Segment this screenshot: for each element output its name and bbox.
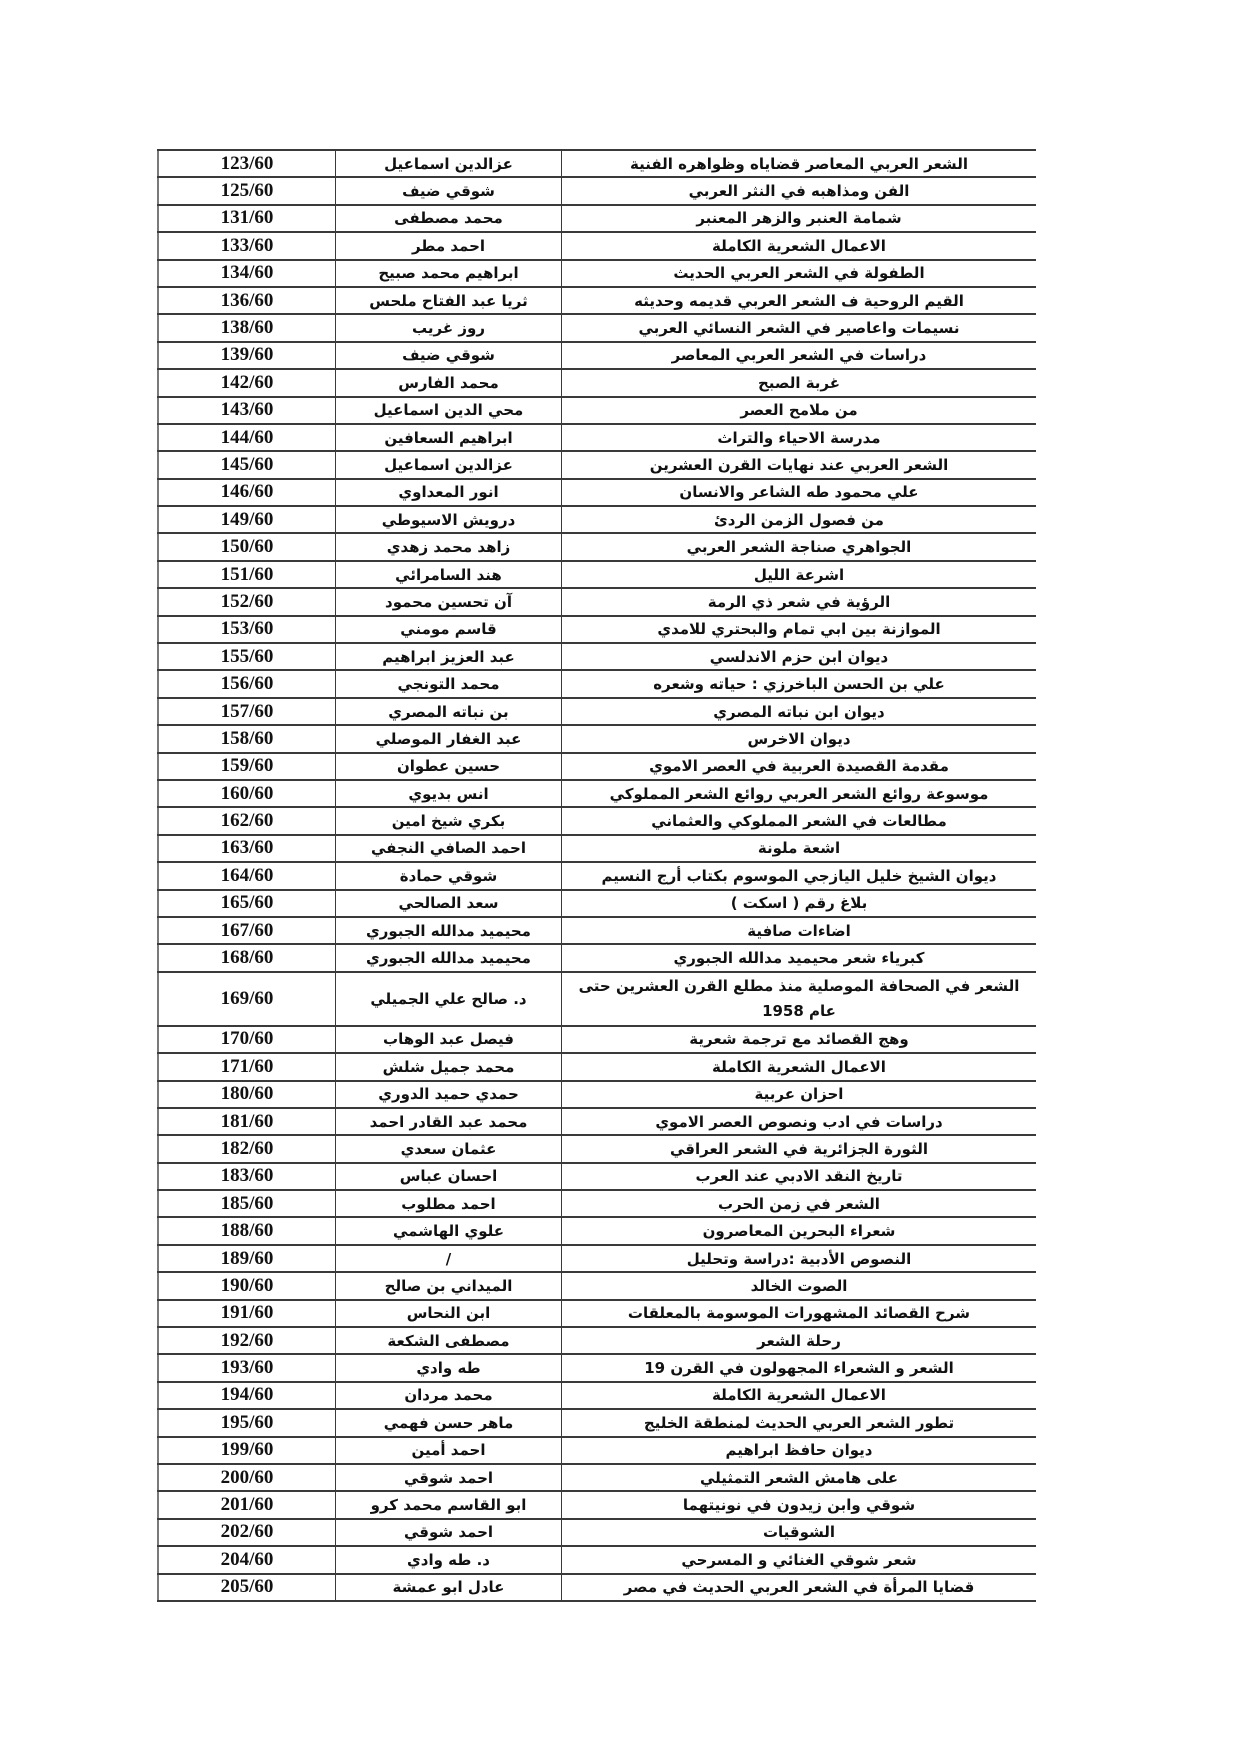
call-number-cell: 188/60 [158,1217,336,1244]
title-cell: كبرياء شعر محيميد مدالله الجبوري [562,944,1037,971]
table-row: 144/60ابراهيم السعافينمدرسة الاحياء والت… [158,424,1036,451]
author-cell: محمد الفارس [336,369,562,396]
table-row: 146/60انور المعداويعلي محمود طه الشاعر و… [158,479,1036,506]
author-cell: آن تحسين محمود [336,588,562,615]
title-cell: على هامش الشعر التمثيلي [562,1464,1037,1491]
author-cell: سعد الصالحي [336,890,562,917]
table-row: 191/60ابن النحاسشرح القصائد المشهورات ال… [158,1300,1036,1327]
table-row: 151/60هند السامرائياشرعة الليل [158,561,1036,588]
title-cell: قضايا المرأة في الشعر العربي الحديث في م… [562,1574,1037,1601]
author-cell: حمدي حميد الدوري [336,1081,562,1108]
call-number-cell: 182/60 [158,1135,336,1162]
call-number-cell: 189/60 [158,1245,336,1272]
table-row: 168/60محيميد مدالله الجبوريكبرياء شعر مح… [158,944,1036,971]
author-cell: شوقي ضيف [336,342,562,369]
call-number-cell: 153/60 [158,616,336,643]
author-cell: / [336,1245,562,1272]
table-row: 156/60محمد التونجيعلي بن الحسن الباخرزي … [158,670,1036,697]
table-row: 138/60روز غريبنسيمات واعاصير في الشعر ال… [158,314,1036,341]
author-cell: عزالدين اسماعيل [336,451,562,478]
title-cell: اضاءات صافية [562,917,1037,944]
author-cell: احمد الصافي النجفي [336,835,562,862]
call-number-cell: 194/60 [158,1382,336,1409]
table-row: 194/60محمد مردانالاعمال الشعرية الكاملة [158,1382,1036,1409]
table-row: 123/60عزالدين اسماعيلالشعر العربي المعاص… [158,150,1036,177]
table-row: 193/60طه واديالشعر و الشعراء المجهولون ف… [158,1354,1036,1381]
title-cell: غربة الصبح [562,369,1037,396]
title-cell: الشعر و الشعراء المجهولون في القرن 19 [562,1354,1037,1381]
table-row: 152/60آن تحسين محمودالرؤية في شعر ذي الر… [158,588,1036,615]
table-row: 139/60شوقي ضيفدراسات في الشعر العربي الم… [158,342,1036,369]
call-number-cell: 200/60 [158,1464,336,1491]
author-cell: انور المعداوي [336,479,562,506]
call-number-cell: 169/60 [158,972,336,1026]
title-cell: تطور الشعر العربي الحديث لمنطقة الخليج [562,1409,1037,1436]
title-cell: من فصول الزمن الردئ [562,506,1037,533]
title-cell: اشرعة الليل [562,561,1037,588]
call-number-cell: 139/60 [158,342,336,369]
author-cell: ابن النحاس [336,1300,562,1327]
author-cell: محيميد مدالله الجبوري [336,944,562,971]
call-number-cell: 151/60 [158,561,336,588]
author-cell: عادل ابو عمشة [336,1574,562,1601]
author-cell: درويش الاسيوطي [336,506,562,533]
call-number-cell: 171/60 [158,1053,336,1080]
call-number-cell: 160/60 [158,780,336,807]
title-cell: النصوص الأدبية :دراسة وتحليل [562,1245,1037,1272]
call-number-cell: 165/60 [158,890,336,917]
call-number-cell: 185/60 [158,1190,336,1217]
author-cell: احمد مطر [336,232,562,259]
title-cell: وهج القصائد مع ترجمة شعرية [562,1026,1037,1053]
author-cell: محمد جميل شلش [336,1053,562,1080]
title-cell: اشعة ملونة [562,835,1037,862]
author-cell: احمد شوقي [336,1519,562,1546]
table-row: 204/60د. طه واديشعر شوقي الغنائي و المسر… [158,1546,1036,1573]
title-cell: شمامة العنبر والزهر المعنبر [562,205,1037,232]
author-cell: زاهد محمد زهدي [336,533,562,560]
call-number-cell: 157/60 [158,698,336,725]
call-number-cell: 142/60 [158,369,336,396]
author-cell: محمد عبد القادر احمد [336,1108,562,1135]
book-catalog-table: 123/60عزالدين اسماعيلالشعر العربي المعاص… [157,149,1036,1602]
table-row: 165/60سعد الصالحيبلاغ رقم ( اسكت ) [158,890,1036,917]
author-cell: عثمان سعدي [336,1135,562,1162]
title-cell: الاعمال الشعرية الكاملة [562,1382,1037,1409]
table-row: 180/60حمدي حميد الدورياحزان عربية [158,1081,1036,1108]
call-number-cell: 145/60 [158,451,336,478]
author-cell: مصطفى الشكعة [336,1327,562,1354]
call-number-cell: 125/60 [158,177,336,204]
title-cell: الصوت الخالد [562,1272,1037,1299]
table-row: 189/60/النصوص الأدبية :دراسة وتحليل [158,1245,1036,1272]
author-cell: د. طه وادي [336,1546,562,1573]
author-cell: عبد العزيز ابراهيم [336,643,562,670]
author-cell: علوي الهاشمي [336,1217,562,1244]
table-row: 163/60احمد الصافي النجفياشعة ملونة [158,835,1036,862]
author-cell: فيصل عبد الوهاب [336,1026,562,1053]
title-cell: الشوقيات [562,1519,1037,1546]
author-cell: ماهر حسن فهمي [336,1409,562,1436]
table-row: 181/60محمد عبد القادر احمددراسات في ادب … [158,1108,1036,1135]
table-row: 150/60زاهد محمد زهديالجواهري صناجة الشعر… [158,533,1036,560]
author-cell: احمد مطلوب [336,1190,562,1217]
table-row: 153/60قاسم مومنيالموازنة بين ابي تمام وا… [158,616,1036,643]
table-row: 143/60محي الدين اسماعيلمن ملامح العصر [158,397,1036,424]
title-cell: ديوان حافظ ابراهيم [562,1437,1037,1464]
title-cell: علي محمود طه الشاعر والانسان [562,479,1037,506]
table-row: 159/60حسين عطوانمقدمة القصيدة العربية في… [158,753,1036,780]
title-cell: تاريخ النقد الادبي عند العرب [562,1163,1037,1190]
call-number-cell: 123/60 [158,150,336,177]
call-number-cell: 191/60 [158,1300,336,1327]
call-number-cell: 192/60 [158,1327,336,1354]
author-cell: محي الدين اسماعيل [336,397,562,424]
title-cell: من ملامح العصر [562,397,1037,424]
call-number-cell: 205/60 [158,1574,336,1601]
title-cell: مقدمة القصيدة العربية في العصر الاموي [562,753,1037,780]
title-cell: الثورة الجزائرية في الشعر العراقي [562,1135,1037,1162]
author-cell: محمد التونجي [336,670,562,697]
table-row: 158/60عبد الغفار الموصليديوان الاخرس [158,725,1036,752]
title-cell: رحلة الشعر [562,1327,1037,1354]
title-cell: شعراء البحرين المعاصرون [562,1217,1037,1244]
call-number-cell: 131/60 [158,205,336,232]
author-cell: هند السامرائي [336,561,562,588]
table-row: 200/60احمد شوقيعلى هامش الشعر التمثيلي [158,1464,1036,1491]
call-number-cell: 201/60 [158,1491,336,1518]
author-cell: روز غريب [336,314,562,341]
author-cell: حسين عطوان [336,753,562,780]
call-number-cell: 146/60 [158,479,336,506]
call-number-cell: 133/60 [158,232,336,259]
call-number-cell: 168/60 [158,944,336,971]
author-cell: محيميد مدالله الجبوري [336,917,562,944]
call-number-cell: 183/60 [158,1163,336,1190]
call-number-cell: 190/60 [158,1272,336,1299]
author-cell: شوقي حمادة [336,862,562,889]
call-number-cell: 199/60 [158,1437,336,1464]
title-cell: ديوان ابن حزم الاندلسي [562,643,1037,670]
table-row: 195/60ماهر حسن فهميتطور الشعر العربي الح… [158,1409,1036,1436]
table-row: 185/60احمد مطلوبالشعر في زمن الحرب [158,1190,1036,1217]
title-cell: الشعر في زمن الحرب [562,1190,1037,1217]
author-cell: احمد أمين [336,1437,562,1464]
author-cell: احمد شوقي [336,1464,562,1491]
table-row: 164/60شوقي حمادةديوان الشيخ خليل اليازجي… [158,862,1036,889]
title-cell: شرح القصائد المشهورات الموسومة بالمعلقات [562,1300,1037,1327]
table-row: 171/60محمد جميل شلشالاعمال الشعرية الكام… [158,1053,1036,1080]
title-cell: الشعر العربي المعاصر قضاياه وظواهره الفن… [562,150,1037,177]
table-row: 167/60محيميد مدالله الجبورياضاءات صافية [158,917,1036,944]
title-cell: الرؤية في شعر ذي الرمة [562,588,1037,615]
author-cell: محمد مردان [336,1382,562,1409]
call-number-cell: 150/60 [158,533,336,560]
author-cell: د. صالح علي الجميلي [336,972,562,1026]
author-cell: شوقي ضيف [336,177,562,204]
author-cell: بن نباته المصري [336,698,562,725]
call-number-cell: 193/60 [158,1354,336,1381]
table-row: 201/60ابو القاسم محمد كروشوقي وابن زيدون… [158,1491,1036,1518]
title-cell: احزان عربية [562,1081,1037,1108]
title-cell: الفن ومذاهبه في النثر العربي [562,177,1037,204]
table-row: 131/60محمد مصطفىشمامة العنبر والزهر المع… [158,205,1036,232]
table-row: 192/60مصطفى الشكعةرحلة الشعر [158,1327,1036,1354]
title-cell: الاعمال الشعرية الكاملة [562,232,1037,259]
author-cell: ابو القاسم محمد كرو [336,1491,562,1518]
call-number-cell: 149/60 [158,506,336,533]
call-number-cell: 156/60 [158,670,336,697]
catalog-body: 123/60عزالدين اسماعيلالشعر العربي المعاص… [158,150,1036,1601]
call-number-cell: 181/60 [158,1108,336,1135]
document-page: 123/60عزالدين اسماعيلالشعر العربي المعاص… [0,0,1239,1754]
title-cell: الاعمال الشعرية الكاملة [562,1053,1037,1080]
title-cell: ديوان ابن نباته المصري [562,698,1037,725]
title-cell: ديوان الاخرس [562,725,1037,752]
table-row: 190/60الميداني بن صالحالصوت الخالد [158,1272,1036,1299]
table-row: 182/60عثمان سعديالثورة الجزائرية في الشع… [158,1135,1036,1162]
table-row: 136/60ثريا عبد الفتاح ملحسالقيم الروحية … [158,287,1036,314]
call-number-cell: 204/60 [158,1546,336,1573]
call-number-cell: 143/60 [158,397,336,424]
table-row: 170/60فيصل عبد الوهابوهج القصائد مع ترجم… [158,1026,1036,1053]
title-cell: دراسات في ادب ونصوص العصر الاموي [562,1108,1037,1135]
author-cell: قاسم مومني [336,616,562,643]
call-number-cell: 144/60 [158,424,336,451]
author-cell: محمد مصطفى [336,205,562,232]
table-row: 199/60احمد أمينديوان حافظ ابراهيم [158,1437,1036,1464]
table-row: 145/60عزالدين اسماعيلالشعر العربي عند نه… [158,451,1036,478]
author-cell: عبد الغفار الموصلي [336,725,562,752]
call-number-cell: 170/60 [158,1026,336,1053]
table-row: 134/60ابراهيم محمد صبيحالطفولة في الشعر … [158,260,1036,287]
table-row: 160/60انس بديويموسوعة روائع الشعر العربي… [158,780,1036,807]
call-number-cell: 158/60 [158,725,336,752]
table-row: 125/60شوقي ضيفالفن ومذاهبه في النثر العر… [158,177,1036,204]
author-cell: احسان عباس [336,1163,562,1190]
author-cell: انس بديوي [336,780,562,807]
author-cell: ابراهيم محمد صبيح [336,260,562,287]
title-cell: مدرسة الاحياء والتراث [562,424,1037,451]
author-cell: ابراهيم السعافين [336,424,562,451]
table-row: 155/60عبد العزيز ابراهيمديوان ابن حزم ال… [158,643,1036,670]
call-number-cell: 163/60 [158,835,336,862]
table-row: 133/60احمد مطرالاعمال الشعرية الكاملة [158,232,1036,259]
call-number-cell: 162/60 [158,807,336,834]
call-number-cell: 164/60 [158,862,336,889]
author-cell: عزالدين اسماعيل [336,150,562,177]
table-row: 188/60علوي الهاشميشعراء البحرين المعاصرو… [158,1217,1036,1244]
table-row: 162/60بكري شيخ امينمطالعات في الشعر المم… [158,807,1036,834]
call-number-cell: 134/60 [158,260,336,287]
table-row: 149/60درويش الاسيوطيمن فصول الزمن الردئ [158,506,1036,533]
title-cell: شعر شوقي الغنائي و المسرحي [562,1546,1037,1573]
author-cell: الميداني بن صالح [336,1272,562,1299]
author-cell: بكري شيخ امين [336,807,562,834]
title-cell: القيم الروحية ف الشعر العربي قديمه وحديث… [562,287,1037,314]
title-cell: ديوان الشيخ خليل اليازجي الموسوم بكتاب أ… [562,862,1037,889]
call-number-cell: 155/60 [158,643,336,670]
table-row: 202/60احمد شوقيالشوقيات [158,1519,1036,1546]
author-cell: طه وادي [336,1354,562,1381]
title-cell: الشعر في الصحافة الموصلية منذ مطلع القرن… [562,972,1037,1026]
title-cell: الجواهري صناجة الشعر العربي [562,533,1037,560]
table-row: 169/60د. صالح علي الجميليالشعر في الصحاف… [158,972,1036,1026]
title-cell: نسيمات واعاصير في الشعر النسائي العربي [562,314,1037,341]
title-cell: علي بن الحسن الباخرزي : حياته وشعره [562,670,1037,697]
title-cell: الشعر العربي عند نهايات القرن العشرين [562,451,1037,478]
title-cell: دراسات في الشعر العربي المعاصر [562,342,1037,369]
title-cell: شوقي وابن زيدون في نونيتهما [562,1491,1037,1518]
call-number-cell: 202/60 [158,1519,336,1546]
call-number-cell: 195/60 [158,1409,336,1436]
title-cell: الطفولة في الشعر العربي الحديث [562,260,1037,287]
call-number-cell: 167/60 [158,917,336,944]
table-row: 205/60عادل ابو عمشةقضايا المرأة في الشعر… [158,1574,1036,1601]
call-number-cell: 138/60 [158,314,336,341]
author-cell: ثريا عبد الفتاح ملحس [336,287,562,314]
title-cell: الموازنة بين ابي تمام والبحتري للامدي [562,616,1037,643]
call-number-cell: 180/60 [158,1081,336,1108]
table-row: 142/60محمد الفارسغربة الصبح [158,369,1036,396]
title-cell: بلاغ رقم ( اسكت ) [562,890,1037,917]
title-cell: مطالعات في الشعر المملوكي والعثماني [562,807,1037,834]
title-cell: موسوعة روائع الشعر العربي روائع الشعر ال… [562,780,1037,807]
call-number-cell: 136/60 [158,287,336,314]
table-row: 157/60بن نباته المصريديوان ابن نباته الم… [158,698,1036,725]
table-row: 183/60احسان عباستاريخ النقد الادبي عند ا… [158,1163,1036,1190]
call-number-cell: 159/60 [158,753,336,780]
call-number-cell: 152/60 [158,588,336,615]
